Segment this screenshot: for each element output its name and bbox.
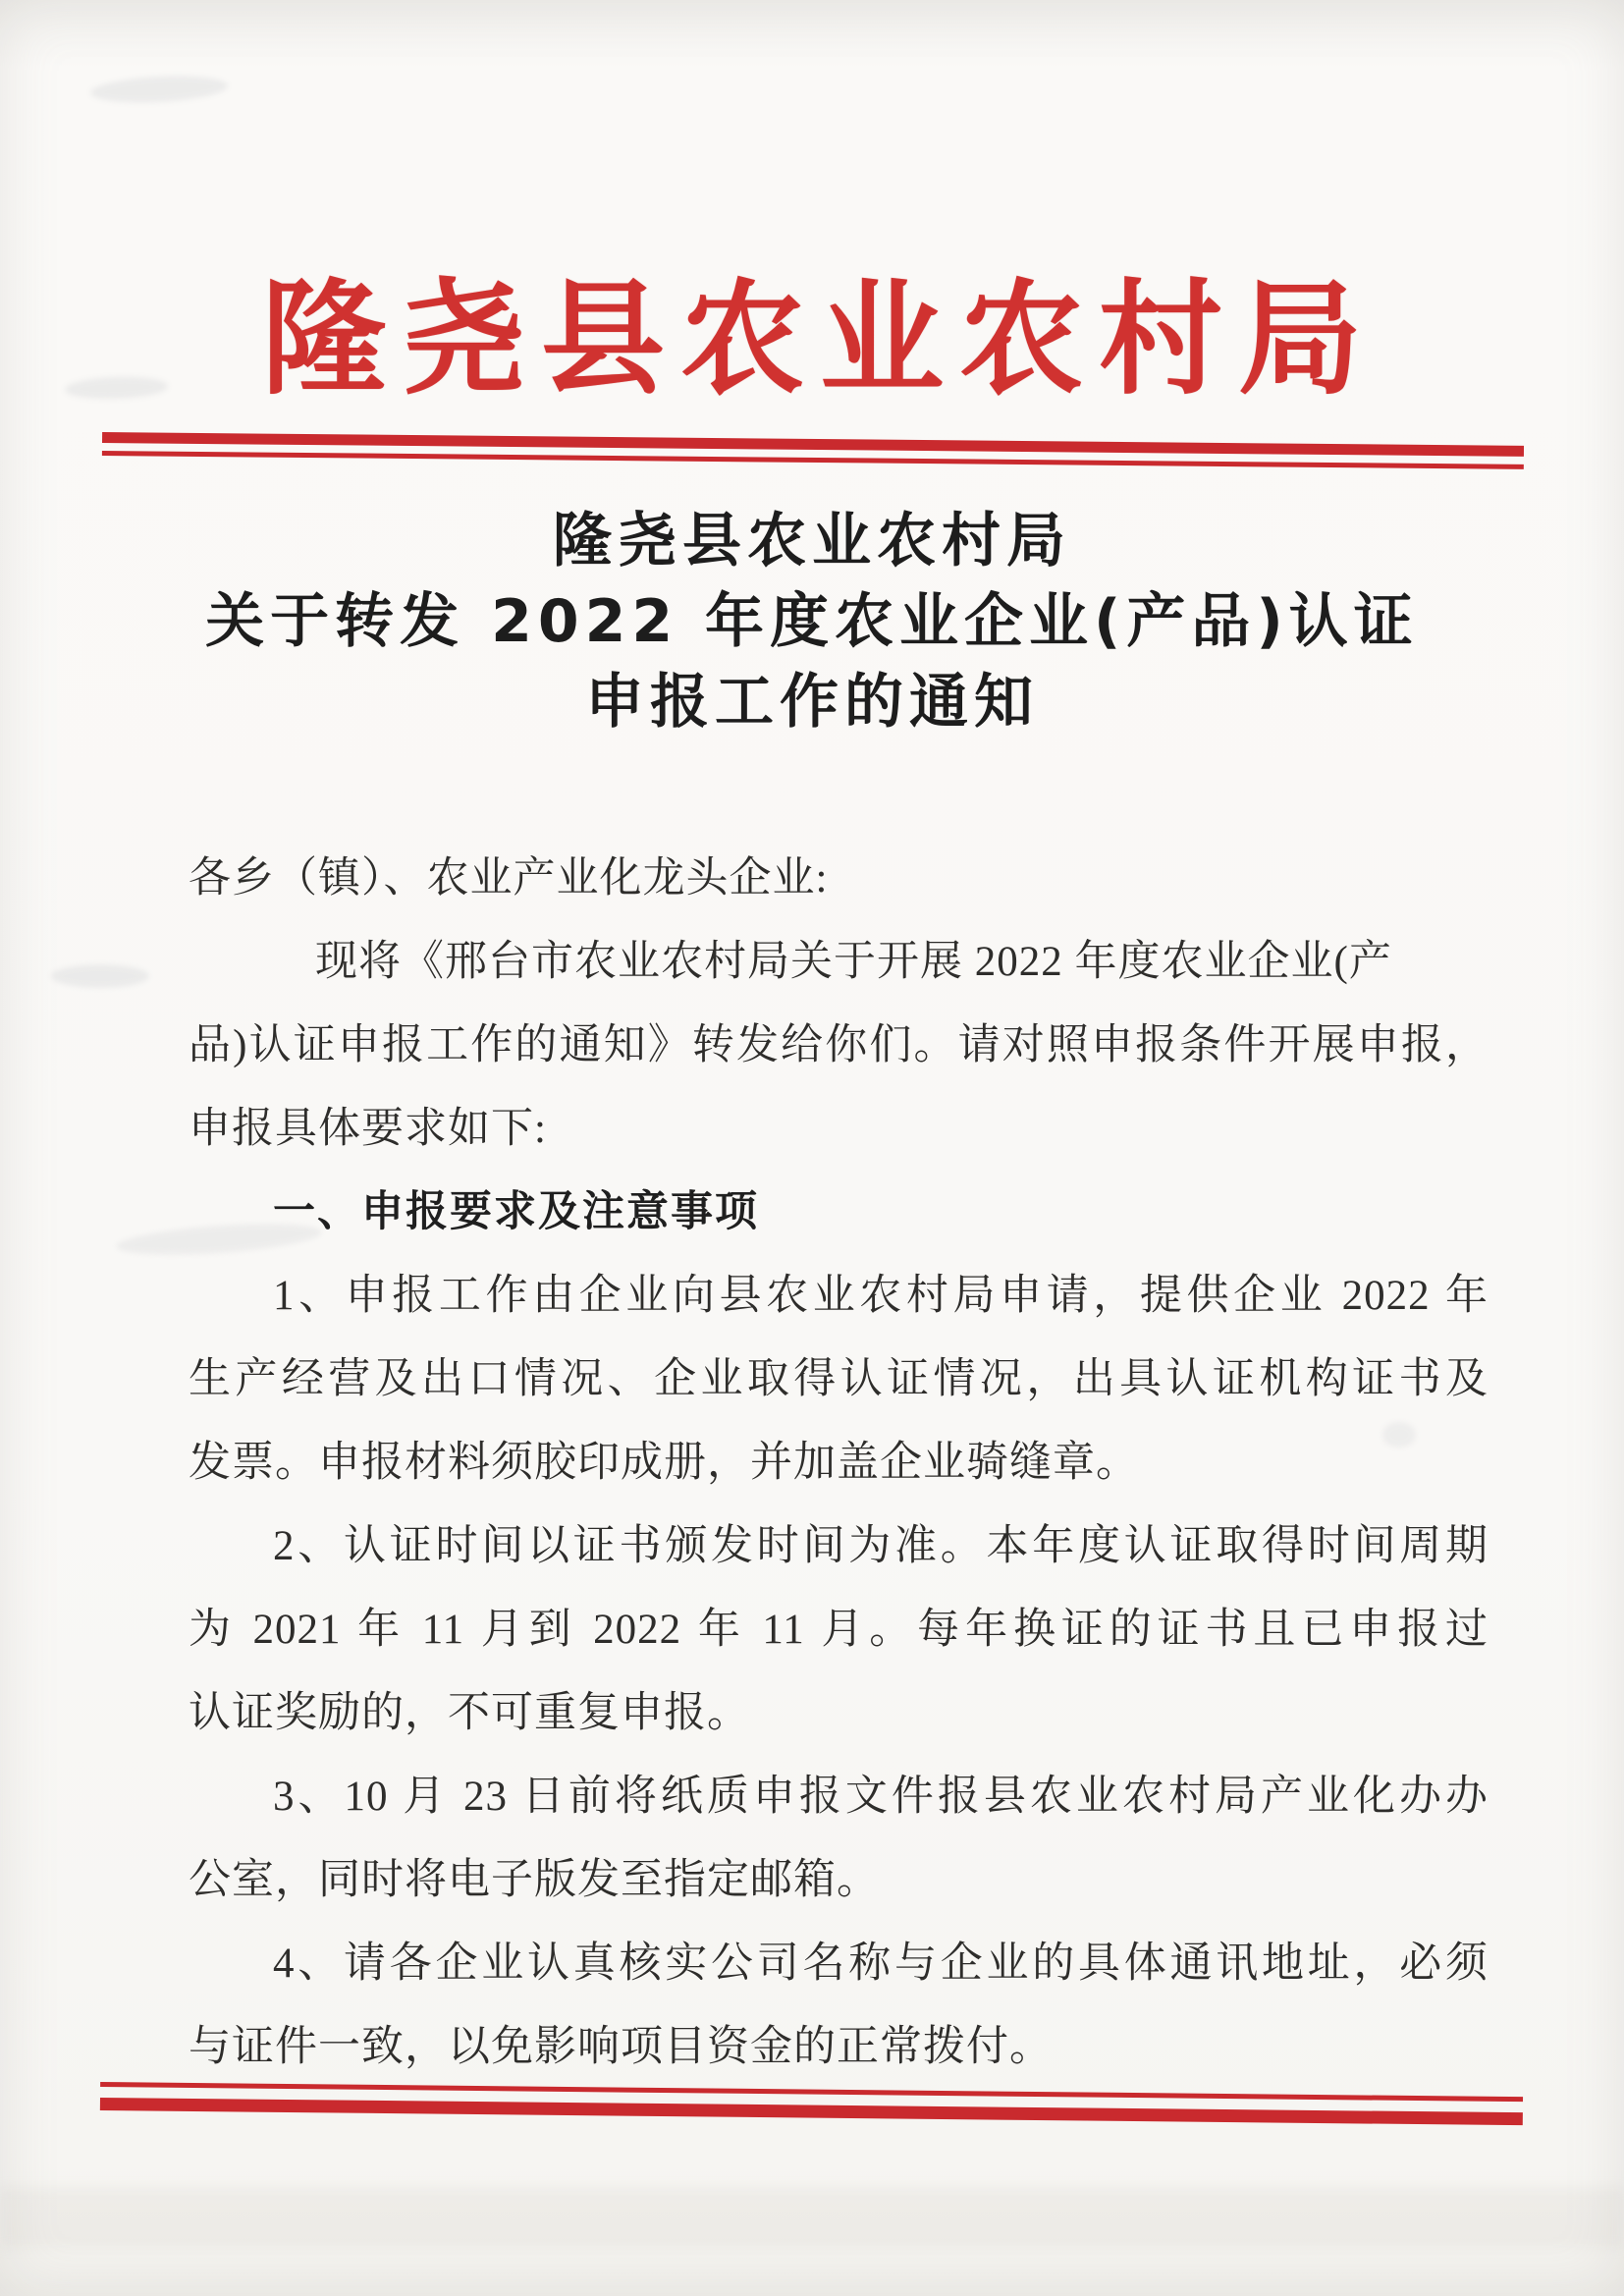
body-line: 发票。申报材料须胶印成册，并加盖企业骑缝章。: [189, 1421, 1489, 1504]
scan-smudge-artifact: [89, 73, 228, 105]
body-line: 申报具体要求如下:: [189, 1087, 1489, 1171]
scanned-document-page: 隆尧县农业农村局 隆尧县农业农村局 关于转发 2022 年度农业企业(产品)认证…: [0, 0, 1624, 2296]
document-title-line-1: 隆尧县农业农村局: [0, 501, 1624, 581]
body-line: 认证奖励的，不可重复申报。: [189, 1671, 1489, 1755]
document-title: 隆尧县农业农村局 关于转发 2022 年度农业企业(产品)认证 申报工作的通知: [0, 501, 1624, 742]
body-line: 为 2021 年 11 月到 2022 年 11 月。每年换证的证书且已申报过: [189, 1588, 1489, 1671]
salutation-line: 各乡（镇）、农业产业化龙头企业:: [189, 837, 1489, 920]
body-line-item-4: 4、请各企业认真核实公司名称与企业的具体通讯地址，必须: [189, 1922, 1489, 2005]
section-heading: 一、申报要求及注意事项: [189, 1171, 1489, 1254]
scan-shading-band: [0, 2188, 1624, 2247]
document-body: 各乡（镇）、农业产业化龙头企业: 现将《邢台市农业农村局关于开展 2022 年度…: [189, 837, 1489, 2089]
letterhead-agency-name: 隆尧县农业农村局: [0, 277, 1624, 407]
body-line-item-3: 3、10 月 23 日前将纸质申报文件报县农业农村局产业化办办: [189, 1755, 1489, 1838]
body-line: 现将《邢台市农业农村局关于开展 2022 年度农业企业(产: [189, 920, 1489, 1004]
body-line: 品)认证申报工作的通知》转发给你们。请对照申报条件开展申报，: [189, 1004, 1489, 1087]
letterhead-rule-group: [102, 432, 1524, 469]
body-line: 生产经营及出口情况、企业取得认证情况，出具认证机构证书及: [189, 1338, 1489, 1421]
document-title-line-3: 申报工作的通知: [0, 662, 1624, 742]
body-line-item-1: 1、申报工作由企业向县农业农村局申请，提供企业 2022 年: [189, 1254, 1489, 1338]
scan-smudge-artifact: [51, 964, 149, 988]
body-line: 公室，同时将电子版发至指定邮箱。: [189, 1838, 1489, 1922]
body-line: 与证件一致，以免影响项目资金的正常拨付。: [189, 2005, 1489, 2089]
document-title-line-2: 关于转发 2022 年度农业企业(产品)认证: [0, 581, 1624, 662]
body-line-item-2: 2、认证时间以证书颁发时间为准。本年度认证取得时间周期: [189, 1504, 1489, 1588]
